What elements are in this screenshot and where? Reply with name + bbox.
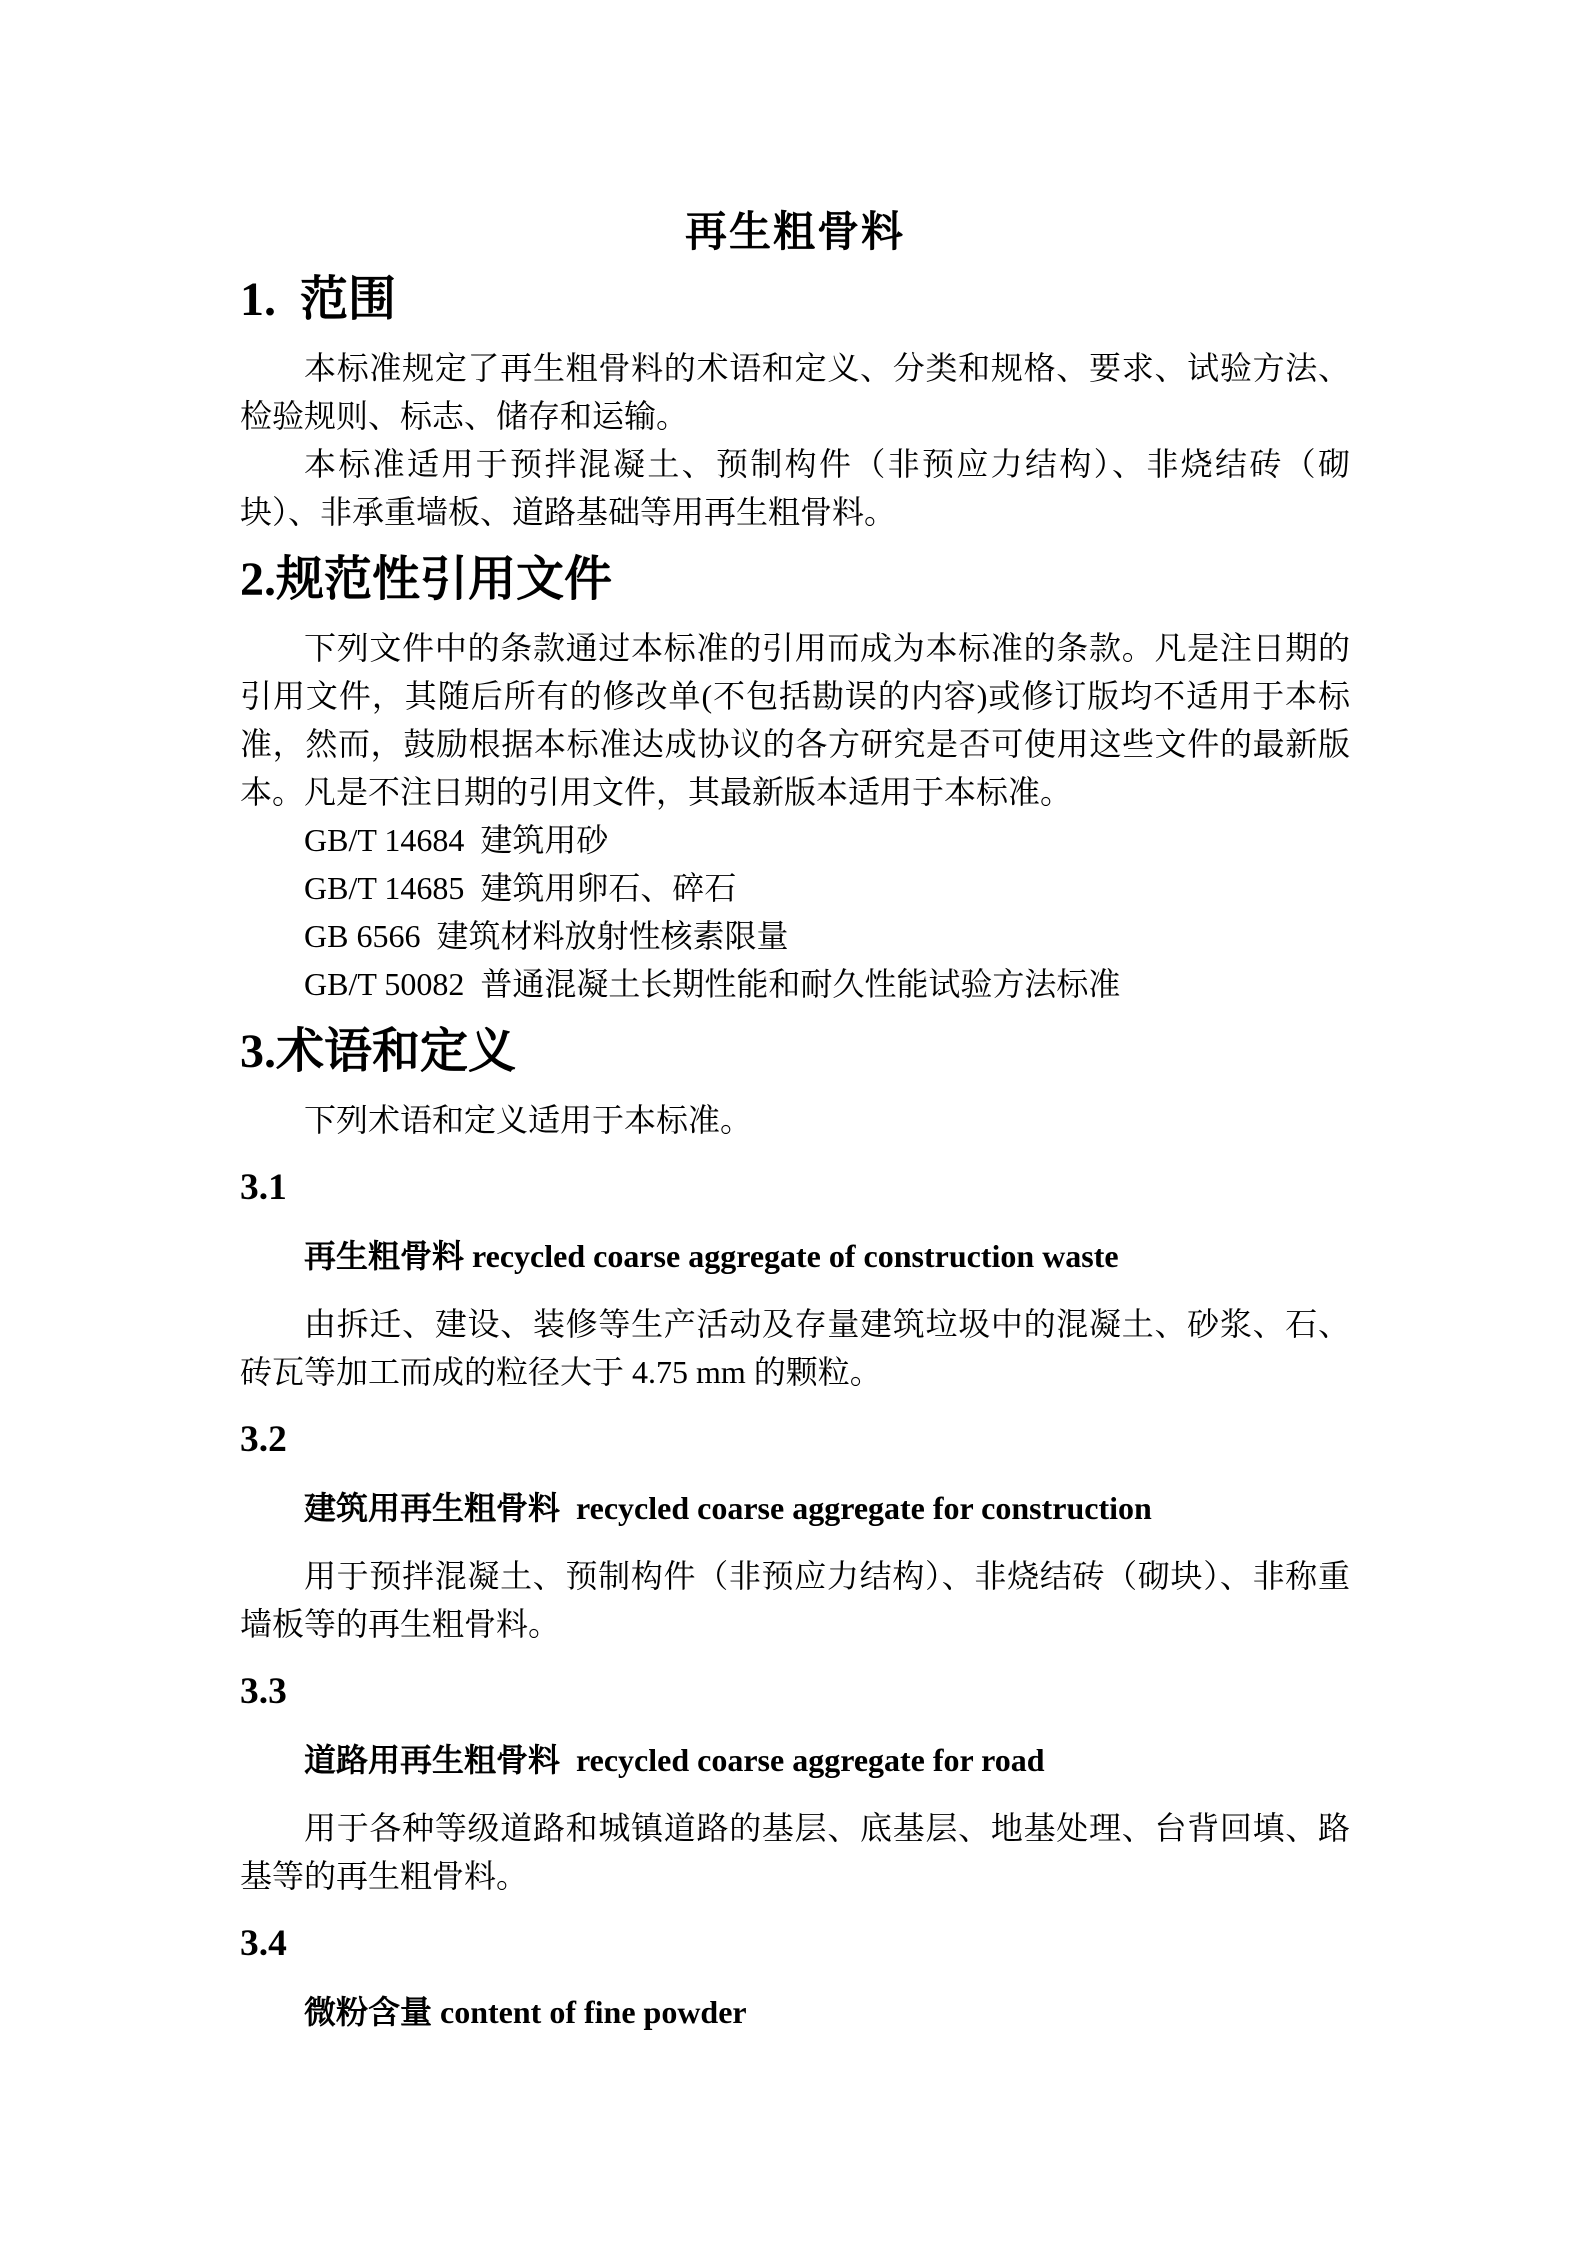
reference-item: GB/T 14684 建筑用砂 [240, 816, 1350, 864]
term-number-3-2: 3.2 [240, 1416, 1350, 1464]
section-2-heading: 2.规范性引用文件 [240, 556, 1350, 604]
normative-references-intro: 下列文件中的条款通过本标准的引用而成为本标准的条款。凡是注日期的引用文件，其随后… [240, 624, 1350, 816]
term-number-3-4: 3.4 [240, 1920, 1350, 1968]
term-title-3-1: 再生粗骨料 recycled coarse aggregate of const… [240, 1232, 1350, 1280]
scope-paragraph-1: 本标准规定了再生粗骨料的术语和定义、分类和规格、要求、试验方法、检验规则、标志、… [240, 344, 1350, 440]
reference-item: GB/T 14685 建筑用卵石、碎石 [240, 864, 1350, 912]
term-definition-3-2: 用于预拌混凝土、预制构件（非预应力结构）、非烧结砖（砌块）、非称重墙板等的再生粗… [240, 1552, 1350, 1648]
document-title: 再生粗骨料 [240, 204, 1350, 260]
term-title-3-2: 建筑用再生粗骨料 recycled coarse aggregate for c… [240, 1484, 1350, 1532]
term-title-3-3: 道路用再生粗骨料 recycled coarse aggregate for r… [240, 1736, 1350, 1784]
term-definition-3-3: 用于各种等级道路和城镇道路的基层、底基层、地基处理、台背回填、路基等的再生粗骨料… [240, 1804, 1350, 1900]
terms-intro: 下列术语和定义适用于本标准。 [240, 1096, 1350, 1144]
reference-item: GB 6566 建筑材料放射性核素限量 [240, 912, 1350, 960]
term-title-3-4: 微粉含量 content of fine powder [240, 1988, 1350, 2036]
term-number-3-1: 3.1 [240, 1164, 1350, 1212]
scope-paragraph-2: 本标准适用于预拌混凝土、预制构件（非预应力结构）、非烧结砖（砌块）、非承重墙板、… [240, 440, 1350, 536]
section-1-heading: 1. 范围 [240, 276, 1350, 324]
document-page: 再生粗骨料 1. 范围 本标准规定了再生粗骨料的术语和定义、分类和规格、要求、试… [0, 0, 1587, 2245]
section-3-heading: 3.术语和定义 [240, 1028, 1350, 1076]
reference-item: GB/T 50082 普通混凝土长期性能和耐久性能试验方法标准 [240, 960, 1350, 1008]
term-number-3-3: 3.3 [240, 1668, 1350, 1716]
term-definition-3-1: 由拆迁、建设、装修等生产活动及存量建筑垃圾中的混凝土、砂浆、石、砖瓦等加工而成的… [240, 1300, 1350, 1396]
